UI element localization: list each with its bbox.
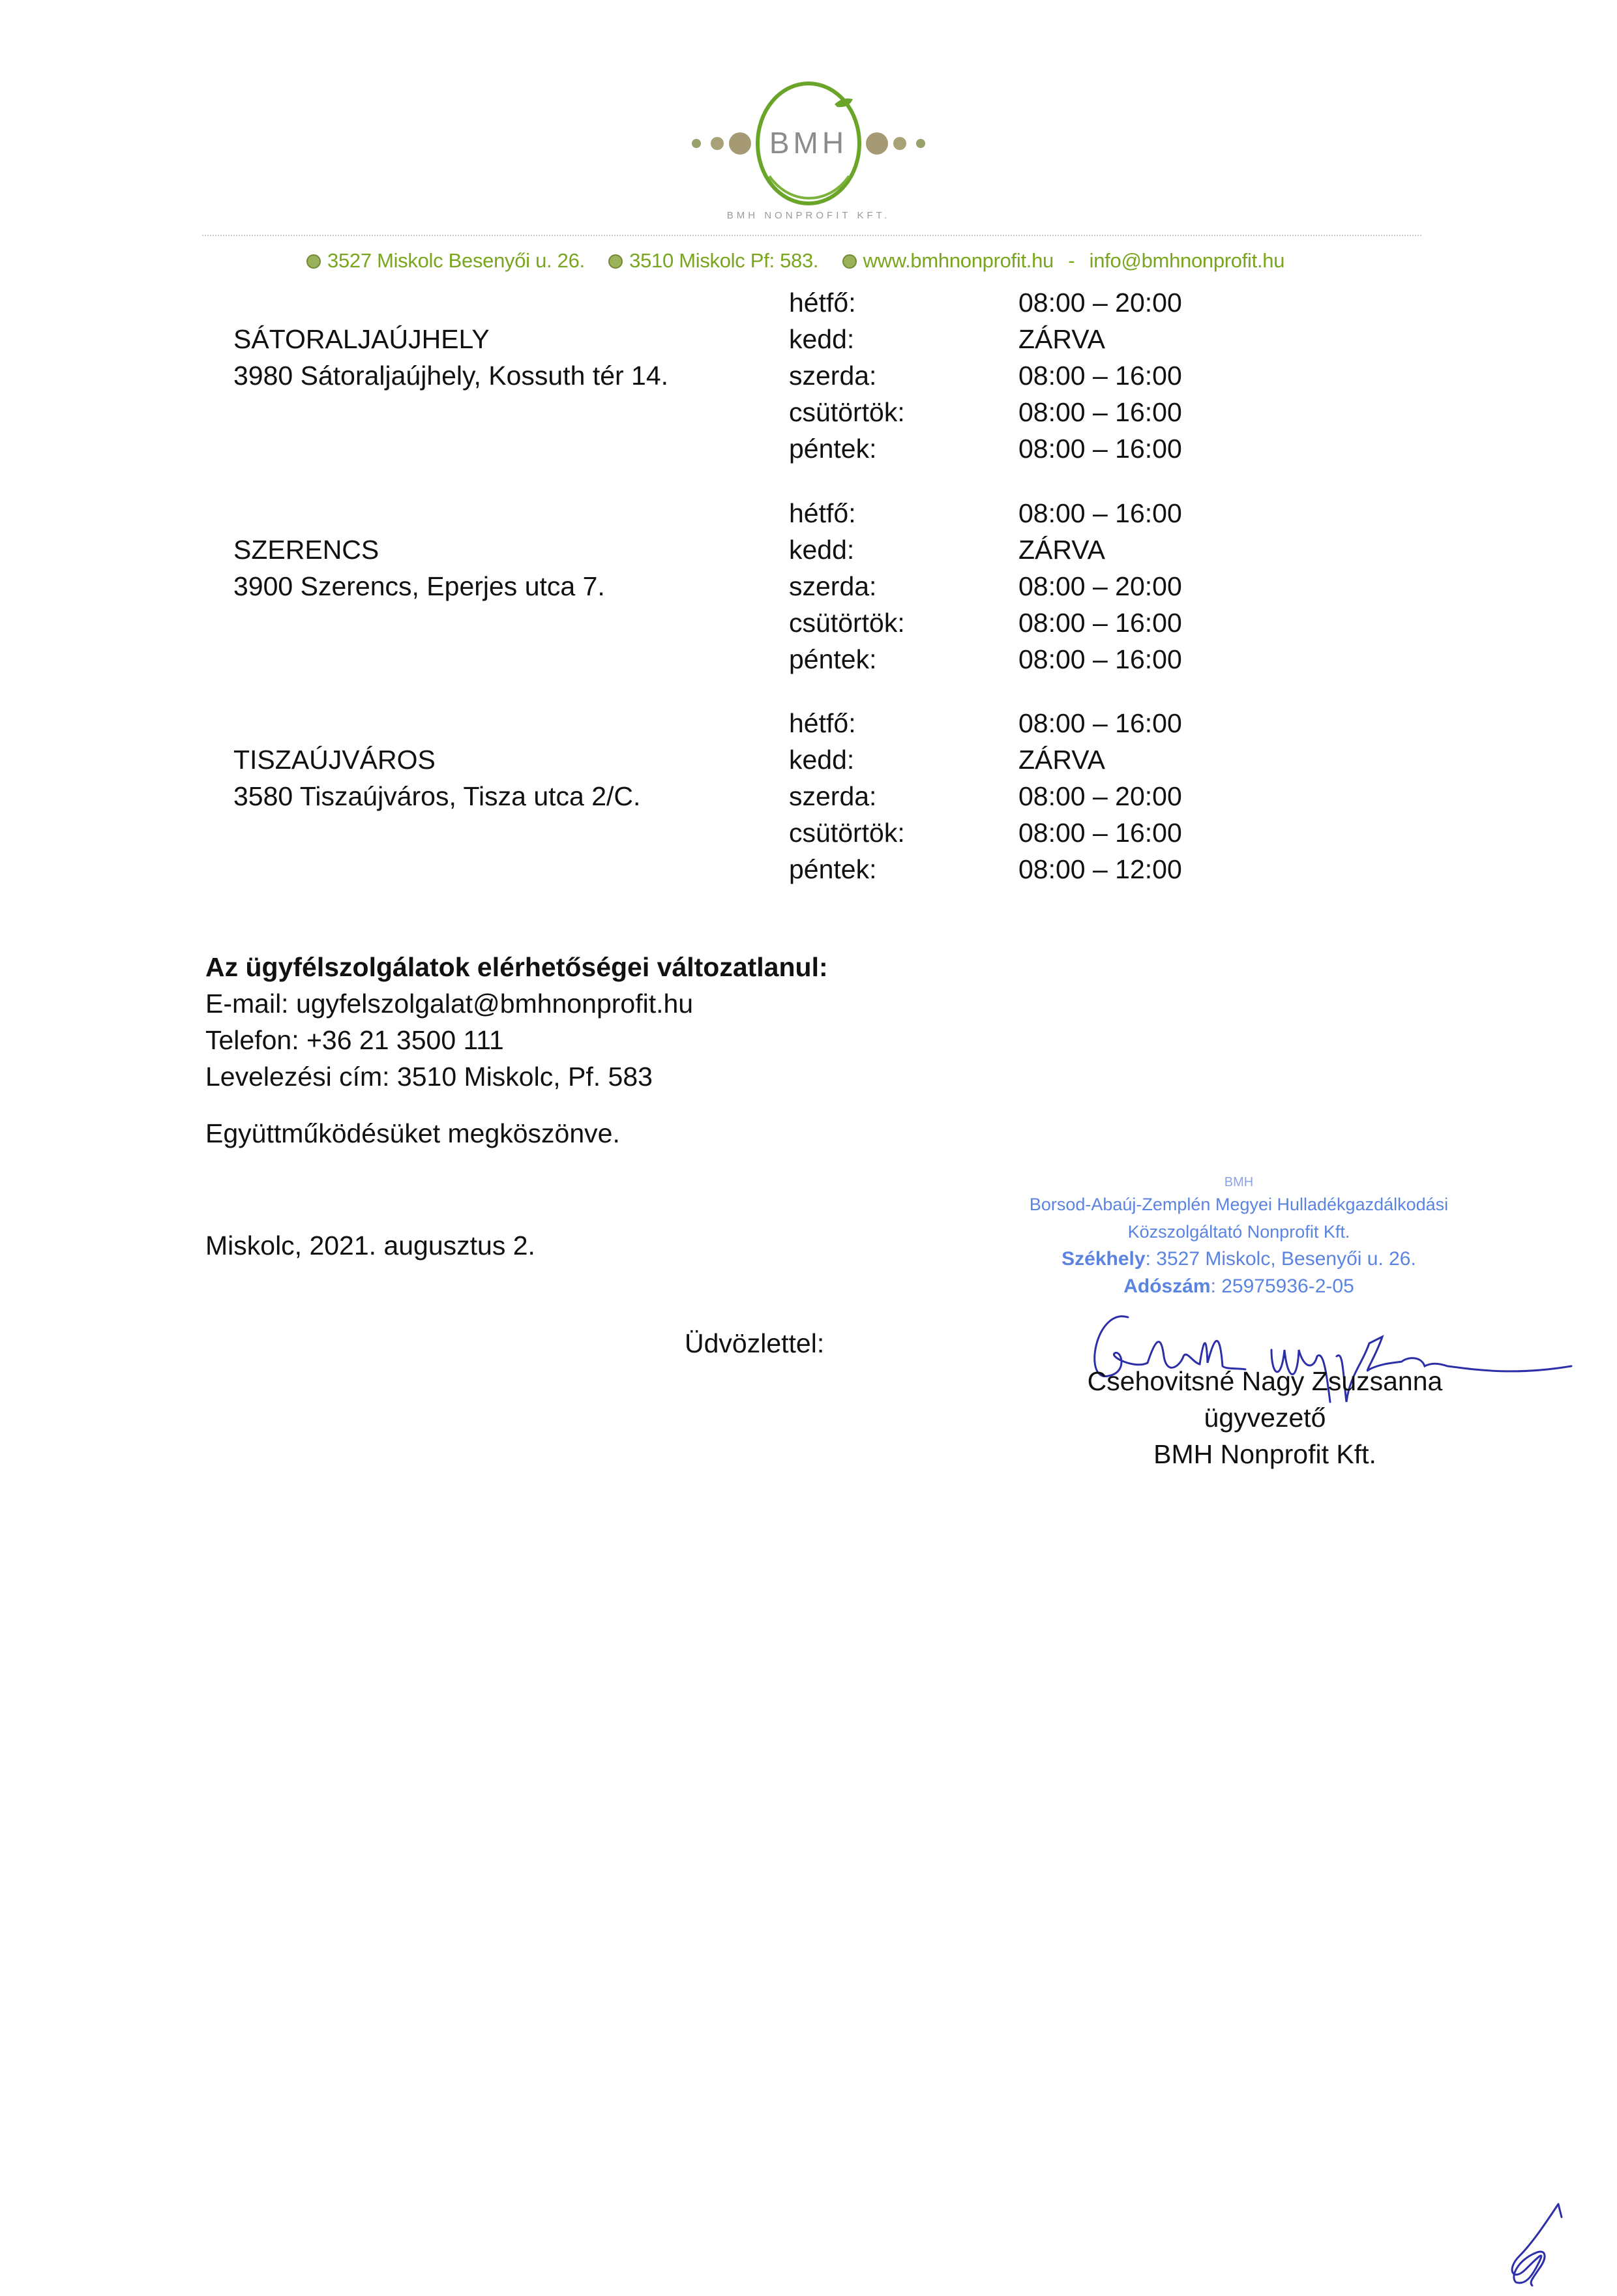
location-pin-icon [306, 254, 321, 269]
stamp-seat-value: : 3527 Miskolc, Besenyői u. 26. [1146, 1248, 1416, 1270]
time-value: 08:00 – 16:00 [1018, 495, 1182, 531]
stamp-seat-label: Székhely [1061, 1248, 1145, 1270]
time-value: 08:00 – 16:00 [1018, 394, 1182, 430]
signatory-title: ügyvezető [1030, 1399, 1500, 1436]
place-date: Miskolc, 2021. augusztus 2. [205, 1227, 535, 1264]
day-label: péntek: [789, 641, 905, 678]
company-stamp: BMH Borsod-Abaúj-Zemplén Megyei Hulladék… [991, 1174, 1487, 1300]
stamp-tax: Adószám: 25975936-2-05 [991, 1273, 1487, 1300]
day-label: szerda: [789, 357, 905, 394]
stamp-top: BMH [991, 1174, 1487, 1191]
stamp-tax-value: : 25975936-2-05 [1211, 1275, 1354, 1297]
time-value: 08:00 – 16:00 [1018, 814, 1182, 851]
day-label: csütörtök: [789, 394, 905, 430]
branch-times: 08:00 – 16:00 ZÁRVA 08:00 – 20:00 08:00 … [1018, 705, 1182, 887]
stamp-tax-label: Adószám [1123, 1275, 1210, 1297]
day-label: csütörtök: [789, 604, 905, 641]
time-value: 08:00 – 16:00 [1018, 357, 1182, 394]
contact-postbox: 3510 Miskolc Pf: 583. [629, 249, 818, 272]
branch-days: hétfő: kedd: szerda: csütörtök: péntek: [789, 284, 905, 467]
signatory-block: Csehovitsné Nagy Zsuzsanna ügyvezető BMH… [1030, 1363, 1500, 1472]
day-label: péntek: [789, 851, 905, 887]
branch-address: 3900 Szerencs, Eperjes utca 7. [233, 568, 605, 604]
logo-text: BMH [769, 126, 848, 160]
branch-address: 3980 Sátoraljaújhely, Kossuth tér 14. [233, 357, 668, 394]
day-label: kedd: [789, 741, 905, 778]
branch-times: 08:00 – 20:00 ZÁRVA 08:00 – 16:00 08:00 … [1018, 284, 1182, 467]
contact-email-line: E-mail: ugyfelszolgalat@bmhnonprofit.hu [205, 985, 828, 1022]
time-value: 08:00 – 20:00 [1018, 284, 1182, 321]
contact-email[interactable]: info@bmhnonprofit.hu [1090, 249, 1285, 272]
day-label: kedd: [789, 321, 905, 357]
branch-times: 08:00 – 16:00 ZÁRVA 08:00 – 20:00 08:00 … [1018, 495, 1182, 678]
time-value: ZÁRVA [1018, 531, 1182, 568]
branch-name: TISZAÚJVÁROS [233, 741, 436, 778]
globe-icon [842, 254, 857, 269]
letterhead-contact-bar: 3527 Miskolc Besenyői u. 26. 3510 Miskol… [306, 249, 1284, 273]
day-label: hétfő: [789, 284, 905, 321]
time-value: ZÁRVA [1018, 741, 1182, 778]
signatory-company: BMH Nonprofit Kft. [1030, 1436, 1500, 1472]
branch-days: hétfő: kedd: szerda: csütörtök: péntek: [789, 495, 905, 678]
day-label: kedd: [789, 531, 905, 568]
bmh-logo: BMH [645, 72, 972, 228]
initials-mark [1500, 2191, 1565, 2289]
stamp-line1: Borsod-Abaúj-Zemplén Megyei Hulladékgazd… [991, 1191, 1487, 1218]
day-label: péntek: [789, 430, 905, 467]
day-label: szerda: [789, 778, 905, 814]
branch-satoraljaujhely: SÁTORALJAÚJHELY 3980 Sátoraljaújhely, Ko… [0, 280, 1617, 496]
time-value: 08:00 – 20:00 [1018, 568, 1182, 604]
branch-name: SÁTORALJAÚJHELY [233, 321, 490, 357]
branch-tiszaujvaros: TISZAÚJVÁROS 3580 Tiszaújváros, Tisza ut… [0, 701, 1617, 916]
time-value: ZÁRVA [1018, 321, 1182, 357]
time-value: 08:00 – 16:00 [1018, 641, 1182, 678]
contact-website[interactable]: www.bmhnonprofit.hu [863, 249, 1054, 272]
time-value: 08:00 – 16:00 [1018, 430, 1182, 467]
logo-dots-left [692, 132, 751, 155]
contact-separator: - [1068, 249, 1075, 272]
stamp-seat: Székhely: 3527 Miskolc, Besenyői u. 26. [991, 1245, 1487, 1273]
signatory-name: Csehovitsné Nagy Zsuzsanna [1030, 1363, 1500, 1399]
day-label: hétfő: [789, 495, 905, 531]
header-divider [202, 235, 1421, 236]
branch-szerencs: SZERENCS 3900 Szerencs, Eperjes utca 7. … [0, 491, 1617, 706]
time-value: 08:00 – 16:00 [1018, 705, 1182, 741]
thanks-line: Együttműködésüket megköszönve. [205, 1115, 620, 1152]
day-label: szerda: [789, 568, 905, 604]
branch-name: SZERENCS [233, 531, 379, 568]
day-label: csütörtök: [789, 814, 905, 851]
time-value: 08:00 – 20:00 [1018, 778, 1182, 814]
greeting: Üdvözlettel: [685, 1325, 824, 1362]
logo-subtitle: BMH NONPROFIT KFT. [0, 210, 1617, 221]
contact-postal-line: Levelezési cím: 3510 Miskolc, Pf. 583 [205, 1058, 828, 1095]
contact-info-heading: Az ügyfélszolgálatok elérhetőségei válto… [205, 949, 828, 985]
time-value: 08:00 – 12:00 [1018, 851, 1182, 887]
logo-dots-right [866, 132, 925, 155]
stamp-line2: Közszolgáltató Nonprofit Kft. [991, 1218, 1487, 1245]
contact-phone-line: Telefon: +36 21 3500 111 [205, 1022, 828, 1058]
envelope-icon [608, 254, 623, 269]
day-label: hétfő: [789, 705, 905, 741]
branch-address: 3580 Tiszaújváros, Tisza utca 2/C. [233, 778, 640, 814]
contact-info-block: Az ügyfélszolgálatok elérhetőségei válto… [205, 949, 828, 1095]
branch-days: hétfő: kedd: szerda: csütörtök: péntek: [789, 705, 905, 887]
contact-address: 3527 Miskolc Besenyői u. 26. [327, 249, 585, 272]
time-value: 08:00 – 16:00 [1018, 604, 1182, 641]
